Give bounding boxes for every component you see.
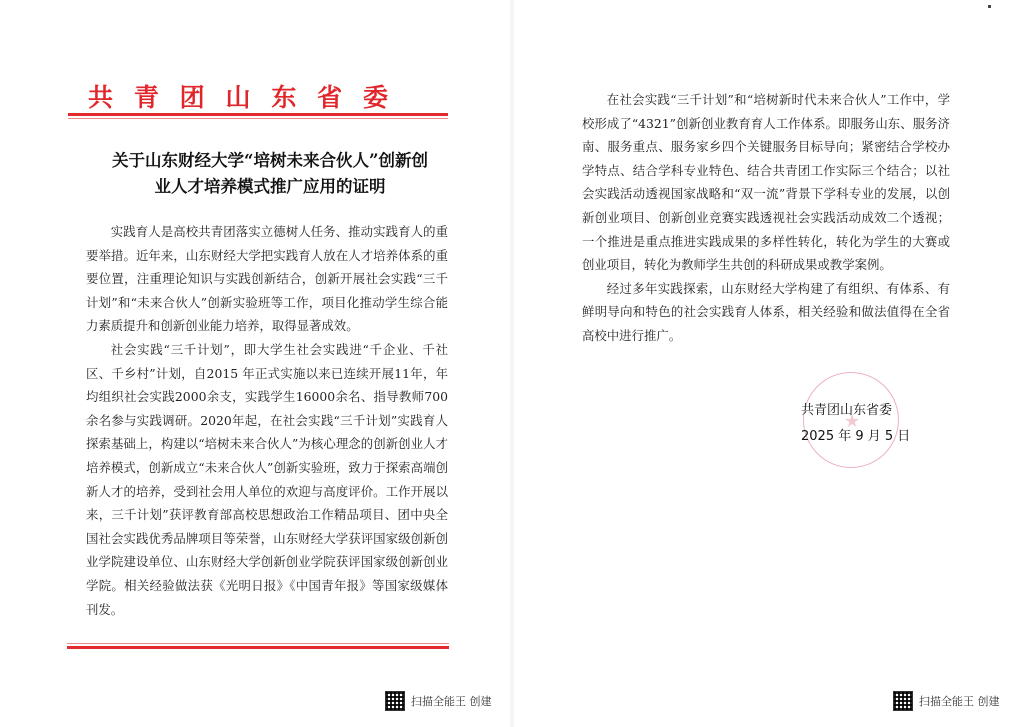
letterhead-char: 委	[363, 78, 388, 114]
left-body: 实践育人是高校共青团落实立德树人任务、推动实践育人的重要举措。近年来，山东财经大…	[86, 220, 448, 621]
scanner-watermark: 扫描全能王 创建	[385, 691, 492, 711]
signature-org: 共青团山东省委	[801, 398, 910, 424]
paragraph: 在社会实践“三千计划”和“培树新时代未来合伙人”工作中，学校形成了“4321”创…	[582, 88, 950, 277]
paragraph: 实践育人是高校共青团落实立德树人任务、推动实践育人的重要举措。近年来，山东财经大…	[86, 220, 448, 338]
letterhead: 共 青 团 山 东 省 委	[88, 78, 388, 114]
letterhead-char: 省	[317, 78, 342, 114]
footer-red-rule	[67, 646, 449, 649]
header-red-rule	[68, 113, 448, 116]
document-title: 关于山东财经大学“培树未来合伙人”创新创 业人才培养模式推广应用的证明	[90, 148, 450, 200]
qr-code-icon	[385, 691, 405, 711]
title-line-1: 关于山东财经大学“培树未来合伙人”创新创	[90, 148, 450, 174]
paragraph: 社会实践“三千计划”，即大学生社会实践进“千企业、千社区、千乡村”计划，自201…	[86, 338, 448, 621]
watermark-text: 扫描全能王 创建	[411, 693, 492, 709]
qr-code-icon	[893, 691, 913, 711]
page-gutter	[510, 0, 514, 727]
right-body: 在社会实践“三千计划”和“培树新时代未来合伙人”工作中，学校形成了“4321”创…	[582, 88, 950, 348]
letterhead-char: 团	[180, 78, 205, 114]
signature-block: 共青团山东省委 2025 年 9 月 5 日	[801, 398, 910, 450]
letterhead-char: 东	[271, 78, 296, 114]
paragraph: 经过多年实践探索，山东财经大学构建了有组织、有体系、有鲜明导向和特色的社会实践育…	[582, 277, 950, 348]
letterhead-char: 山	[225, 78, 250, 114]
letterhead-char: 青	[134, 78, 159, 114]
signature-date: 2025 年 9 月 5 日	[801, 424, 910, 450]
left-page: 共 青 团 山 东 省 委 关于山东财经大学“培树未来合伙人”创新创 业人才培养…	[0, 0, 512, 727]
scanner-watermark: 扫描全能王 创建	[893, 691, 1000, 711]
letterhead-char: 共	[88, 78, 113, 114]
watermark-text: 扫描全能王 创建	[919, 693, 1000, 709]
title-line-2: 业人才培养模式推广应用的证明	[90, 174, 450, 200]
header-red-rule-thin	[68, 118, 448, 119]
footer-red-rule-thin	[67, 643, 449, 644]
scan-speck	[988, 5, 991, 8]
